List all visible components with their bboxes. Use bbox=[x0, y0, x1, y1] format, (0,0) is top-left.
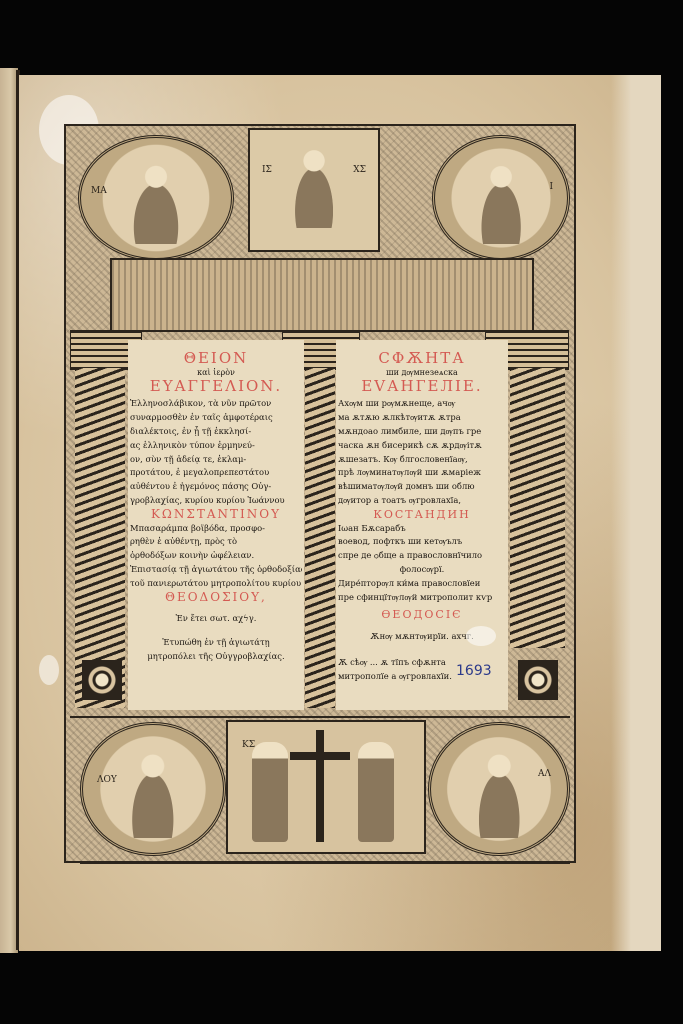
greek-year-line: Ἐν ἔτει σωτ. αχϟγ. bbox=[130, 612, 302, 626]
romanian-body-line: ма ѫтѫю ѫлкѣтѹитѫ ѫтра bbox=[338, 411, 506, 425]
greek-body-line: συναρμοσθὲν ἐν ταῖς ἀμφοτέραις bbox=[130, 411, 302, 425]
romanian-body-line: фолосѹрї. bbox=[338, 563, 506, 577]
torn-paper-edge bbox=[611, 75, 661, 951]
greek-body-line: Ἑλληνοσλάβικον, τὰ νῦν πρῶτον bbox=[130, 397, 302, 411]
divider-rule bbox=[70, 716, 570, 718]
greek-body-line: τοῦ πανιερωτάτου μητροπολίτου κυρίου bbox=[130, 577, 302, 591]
romanian-body-line: мѫндоао лимбиле, ши дѹпъ гре bbox=[338, 425, 506, 439]
foliate-pillar-right bbox=[510, 368, 565, 648]
foliate-pillar-left bbox=[75, 368, 125, 708]
greek-body-line: γροβλαχίας, κυρίου κυρίου Ἰωάννου bbox=[130, 494, 302, 508]
romanian-body-line: ѫшезатъ. Кѹ блгословенїаѹ, bbox=[338, 453, 506, 467]
romanian-prince-name: КОСТАНДИН bbox=[338, 508, 506, 522]
medallion-label: ΜΑ bbox=[91, 186, 107, 196]
medallion-evangelist-right: Ι bbox=[432, 135, 570, 261]
medallion-evangelist-bottom-right: ΑΛ bbox=[428, 722, 570, 856]
greek-body-line: ον, σὺν τῇ ἀδείᾳ τε, ἐκλαμ- bbox=[130, 453, 302, 467]
arch-band-with-angels bbox=[110, 258, 534, 332]
greek-prince-name: ΚΩΝΣΤΑΝΤΙΝΟΥ bbox=[130, 508, 302, 522]
evangelist-figure-icon bbox=[468, 748, 531, 838]
greek-body-line: ας ἑλληνικὸν τύπον ἑρμηνεύ- bbox=[130, 439, 302, 453]
romanian-body-line: дѹитор а тоатъ ѹгровлахїа, bbox=[338, 494, 506, 508]
romanian-title-line-2: ши дѹмнезеѧска bbox=[338, 366, 506, 380]
greek-imprint-line: Ἐτυπώθη ἐν τῇ ἁγιωτάτῃ bbox=[130, 636, 302, 650]
greek-imprint-line: μητροπόλει τῆς Οὐγγροβλαχίας. bbox=[130, 650, 302, 664]
romanian-metropolitan-name: ѲЕОДОСІЄ bbox=[338, 608, 506, 622]
greek-title-line-2: καὶ ἱερὸν bbox=[130, 366, 302, 380]
greek-body-line: ρηθὲν ἐ αὐθέντῃ, πρὸς τὸ bbox=[130, 535, 302, 549]
greek-title-line-3: ΕΥΑΓΓΕΛΙΟΝ. bbox=[130, 380, 302, 394]
romanian-body-line: вѣшиматѹлѹй домнъ ши облю bbox=[338, 480, 506, 494]
saint-constantine-figure bbox=[252, 742, 288, 842]
romanian-body-line: прѣ лѹминатѹлѹй ши ѫмаріеж bbox=[338, 466, 506, 480]
twisted-column-center bbox=[305, 368, 335, 708]
romanian-body-line: часка ѫн бисерикѣ сѫ ѫрдѹітѫ bbox=[338, 439, 506, 453]
paper-repair-patch bbox=[466, 626, 496, 646]
rosette-ornament-left bbox=[82, 660, 122, 700]
greek-title-block: ΘΕΙΟΝ καὶ ἱερὸν ΕΥΑΓΓΕΛΙΟΝ. Ἑλληνοσλάβικ… bbox=[130, 352, 302, 664]
christ-figure-icon bbox=[285, 144, 344, 228]
medallion-label: ΛΟΥ bbox=[97, 775, 117, 785]
panel-christ-pantocrator: ΙΣ ΧΣ bbox=[248, 128, 380, 252]
greek-body-line: Ἐπιστασίᾳ τῇ ἁγιωτάτου τῆς ὀρθοδοξίας bbox=[130, 563, 302, 577]
romanian-body-line: пре сфинцїтѹлѹй митрополит кѵр bbox=[338, 591, 506, 605]
romanian-body-line: Дире́пторѹл ки́ма правословїеи bbox=[338, 577, 506, 591]
panel-label: ΚΣ bbox=[242, 740, 255, 750]
romanian-title-line-3: ЕVАНГЕЛІЕ. bbox=[338, 380, 506, 394]
romanian-body-line: Іωан Бѫсарабъ bbox=[338, 522, 506, 536]
paper-stain bbox=[39, 655, 59, 685]
greek-metropolitan-name: ΘΕΟΔΟΣΙΟΥ, bbox=[130, 591, 302, 605]
greek-body-line: ὀρθοδόξων κοινὴν ὠφέλειαν. bbox=[130, 549, 302, 563]
greek-body-line: διαλέκτοις, ἐν ᾗ τῇ ἐκκλησί- bbox=[130, 425, 302, 439]
medallion-evangelist-left: ΜΑ bbox=[78, 135, 234, 261]
evangelist-figure-icon bbox=[471, 160, 532, 244]
greek-body-line: Μπασαράμπα βοϊβόδα, προσφο- bbox=[130, 522, 302, 536]
greek-body-line: αὐθέντου ἐ ἡγεμόνος πάσης Οὐγ- bbox=[130, 480, 302, 494]
cross-bar bbox=[290, 752, 350, 760]
medallion-label: ΑΛ bbox=[538, 769, 551, 779]
greek-body-line: προτάτου, ἐ μεγαλοπρεπεστάτου bbox=[130, 466, 302, 480]
panel-constantine-helena: ΚΣ bbox=[226, 720, 426, 854]
bottom-rule bbox=[80, 862, 570, 864]
saint-helena-figure bbox=[358, 742, 394, 842]
romanian-title-line-1: СФѪНТА bbox=[338, 352, 506, 366]
medallion-label: ΧΣ bbox=[353, 165, 366, 175]
medallion-evangelist-bottom-left: ΛΟΥ bbox=[80, 722, 226, 856]
romanian-body-line: спре де ѻбще а правословнїчило bbox=[338, 549, 506, 563]
evangelist-figure-icon bbox=[122, 160, 191, 244]
medallion-label: ΙΣ bbox=[262, 165, 272, 175]
rosette-ornament-right bbox=[518, 660, 558, 700]
greek-title-line-1: ΘΕΙΟΝ bbox=[130, 352, 302, 366]
handwritten-year-annotation: 1693 bbox=[456, 663, 492, 679]
evangelist-figure-icon bbox=[121, 748, 185, 838]
romanian-body-line: воевод, пофткъ ши кетѹълъ bbox=[338, 535, 506, 549]
romanian-body-line: Ахѹм ши рѹмѫнеще, ачѹ bbox=[338, 397, 506, 411]
cross-icon bbox=[316, 730, 324, 842]
medallion-label: Ι bbox=[549, 182, 553, 192]
